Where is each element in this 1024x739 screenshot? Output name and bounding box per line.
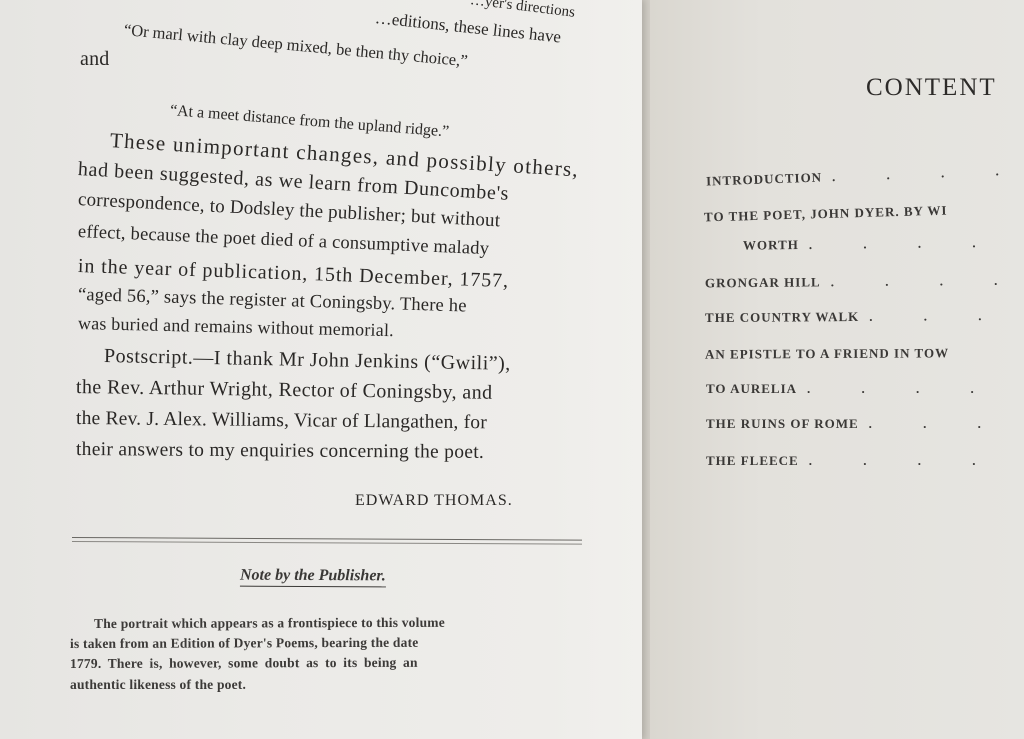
divider-rule <box>72 537 582 545</box>
toc-entry: GRONGAR HILL. . . . <box>705 273 1022 292</box>
quote-connector: and <box>80 48 109 71</box>
publisher-note-line-1: The portrait which appears as a frontisp… <box>94 615 445 632</box>
toc-entry-label: THE COUNTRY WALK <box>705 309 859 325</box>
toc-entry-label: INTRODUCTION <box>706 169 822 188</box>
toc-entry: THE FLEECE. . . . . <box>706 453 1024 469</box>
publisher-note-line-2: is taken from an Edition of Dyer's Poems… <box>70 635 419 652</box>
toc-leader-dots: . . . . . <box>809 453 1024 468</box>
toc-entry: THE RUINS OF ROME. . . <box>706 416 1005 432</box>
toc-entry: WORTH. . . . . <box>743 234 1024 253</box>
left-page: …yer's directions …editions, these lines… <box>0 0 642 739</box>
toc-entry-label: GRONGAR HILL <box>705 274 821 290</box>
toc-leader-dots: . . . <box>869 416 1005 431</box>
toc-entry-label: AN EPISTLE TO A FRIEND IN TOW <box>705 345 949 361</box>
publisher-note-line-3: 1779. There is, however, some doubt as t… <box>70 655 418 672</box>
toc-leader-dots: . . . . <box>831 273 1022 290</box>
toc-entry-label: THE RUINS OF ROME <box>706 416 859 431</box>
signature: EDWARD THOMAS. <box>355 492 513 510</box>
contents-title: CONTENT <box>866 74 997 102</box>
toc-entry: AN EPISTLE TO A FRIEND IN TOW <box>705 345 949 362</box>
toc-leader-dots: . . . . . <box>809 234 1024 252</box>
postscript-line-2: the Rev. Arthur Wright, Rector of Coning… <box>76 376 493 405</box>
toc-entry: THE COUNTRY WALK. . . <box>705 308 1006 326</box>
postscript-line-1: Postscript.—I thank Mr John Jenkins (“Gw… <box>104 345 511 376</box>
publisher-note-line-4: authentic likeness of the poet. <box>70 677 246 693</box>
toc-entry-label: TO AURELIA <box>706 381 797 396</box>
paragraph-1-line-7: was buried and remains without memorial. <box>78 313 394 341</box>
postscript-line-3: the Rev. J. Alex. Williams, Vicar of Lla… <box>76 408 487 434</box>
postscript-line-4: their answers to my enquiries concerning… <box>76 439 484 464</box>
toc-entry: TO AURELIA. . . . . <box>706 381 1024 397</box>
publisher-note-title: Note by the Publisher. <box>240 567 386 588</box>
right-page <box>650 0 1024 739</box>
paragraph-1-line-6: “aged 56,” says the register at Coningsb… <box>78 285 467 318</box>
toc-entry-label: WORTH <box>743 237 799 253</box>
toc-entry-label: THE FLEECE <box>706 453 799 468</box>
toc-leader-dots: . . . <box>869 308 1005 324</box>
toc-leader-dots: . . . . . <box>807 381 1024 396</box>
